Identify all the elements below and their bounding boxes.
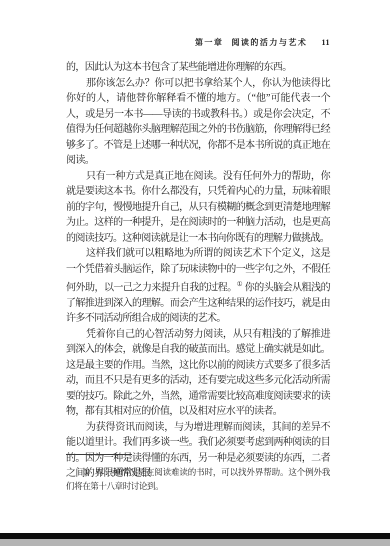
paragraph-text: 只有一种方式是真正地在阅读。没有任何外力的帮助，你就是要读这本书。你什么都没有，… [66, 171, 330, 244]
paragraph-text: 那你该怎么办？你可以把书拿给某个人，你认为他读得比你好的人，请他替你解释看不懂的… [66, 78, 330, 167]
body-text: 的，因此认为这本书包含了某些能增进你理解的东西。 那你该怎么办？你可以把书拿给某… [66, 60, 330, 482]
footnote-divider [66, 454, 132, 455]
scan-background [0, 539, 390, 546]
chapter-title: 阅读的活力与艺术 [231, 37, 307, 48]
paragraph: 凭着你自己的心智活动努力阅读，从只有粗浅的了解推进到深入的体会，就像是自我的破茧… [66, 327, 330, 420]
paragraph: 的，因此认为这本书包含了某些能增进你理解的东西。 [66, 60, 330, 76]
footnote-marker: ① [83, 467, 91, 477]
paragraph: 只有一种方式是真正地在阅读。没有任何外力的帮助，你就是要读这本书。你什么都没有，… [66, 169, 330, 247]
footnote-text: ①有一种情况是在阅读难读的书时，可以找外界帮助。这个例外我们将在第十八章时讨论到… [66, 465, 330, 493]
footnote-body: 有一种情况是在阅读难读的书时，可以找外界帮助。这个例外我们将在第十八章时讨论到。 [66, 467, 330, 491]
paragraph: 那你该怎么办？你可以把书拿给某个人，你认为他读得比你好的人，请他替你解释看不懂的… [66, 76, 330, 169]
paragraph-text: 凭着你自己的心智活动努力阅读，从只有粗浅的了解推进到深入的体会，就像是自我的破茧… [66, 329, 330, 418]
paragraph-text: 的，因此认为这本书包含了某些能增进你理解的东西。 [66, 62, 292, 73]
footnote-ref: ① [237, 281, 243, 288]
chapter-label: 第一章 [195, 37, 224, 48]
book-page: 第一章 阅读的活力与艺术 11 的，因此认为这本书包含了某些能增进你理解的东西。… [0, 0, 390, 546]
page-number: 11 [321, 38, 330, 47]
running-head: 第一章 阅读的活力与艺术 11 [66, 37, 330, 48]
footnote: ①有一种情况是在阅读难读的书时，可以找外界帮助。这个例外我们将在第十八章时讨论到… [66, 454, 330, 493]
paragraph: 这样我们就可以粗略地为所谓的阅读艺术下个定义，这是一个凭借着头脑运作，除了玩味读… [66, 246, 330, 327]
